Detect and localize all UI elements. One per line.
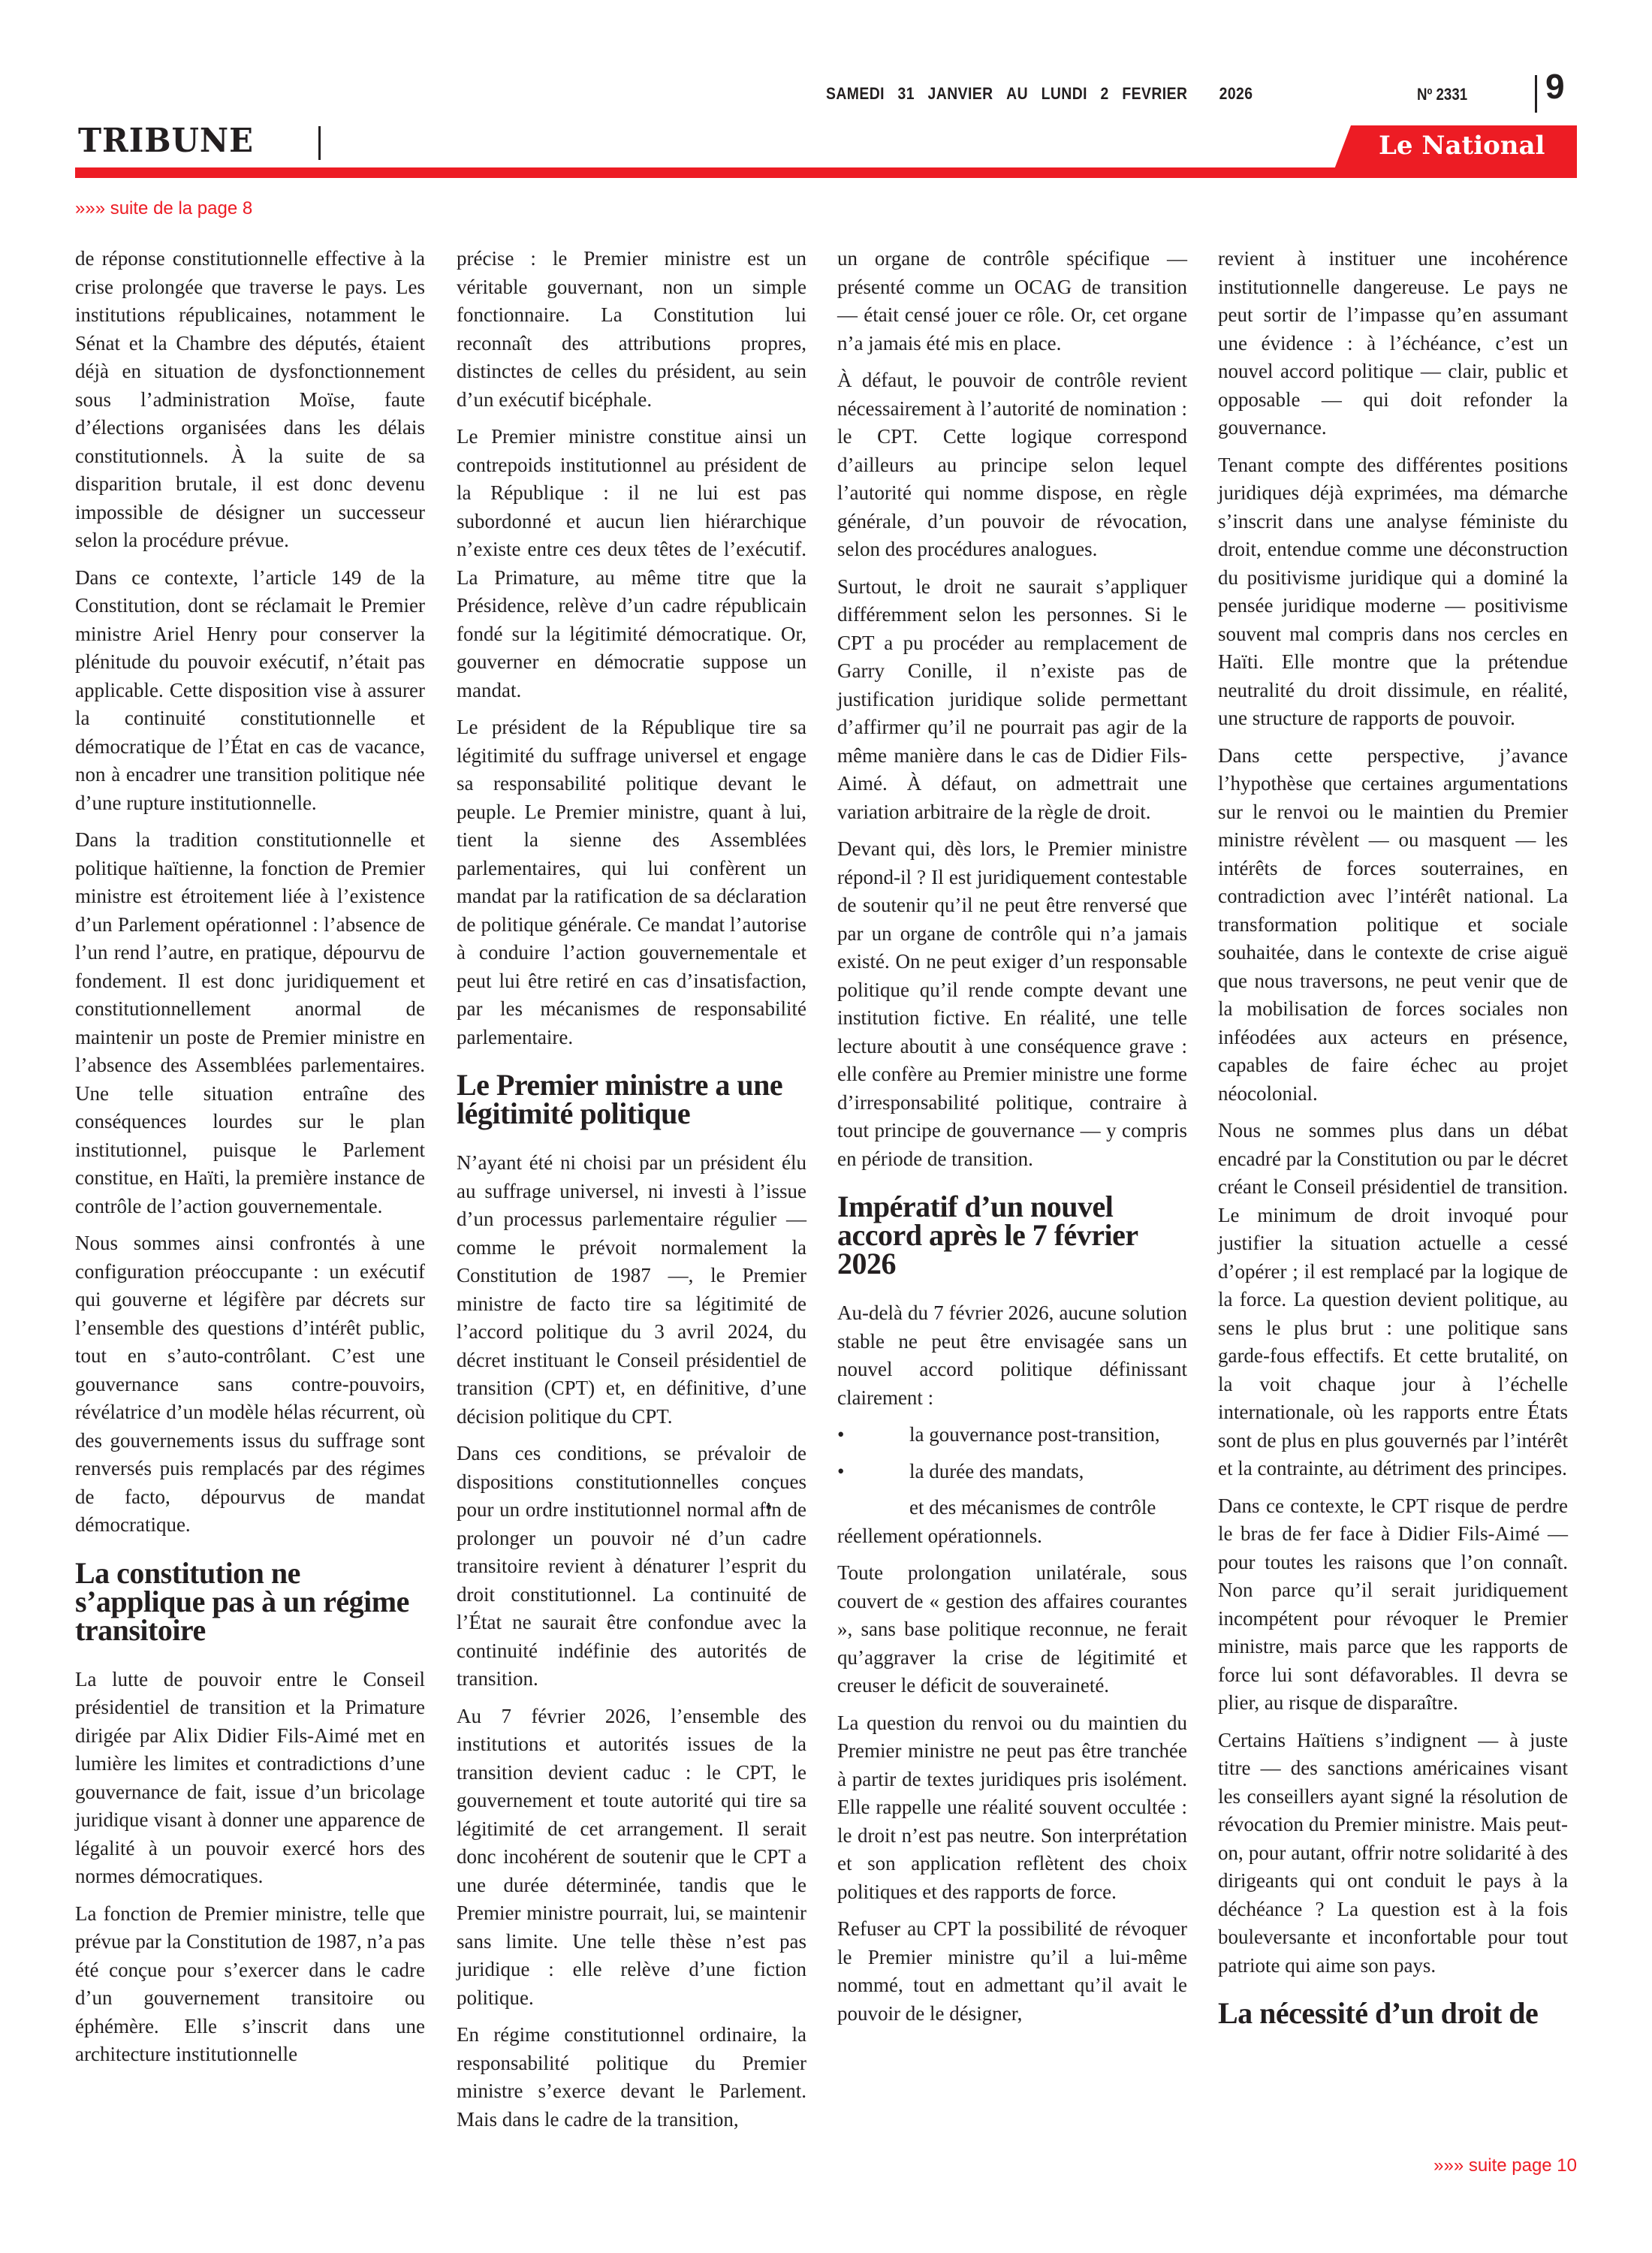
paragraph: Au 7 février 2026, l’ensemble des instit… (457, 1703, 806, 2013)
article-column-2: précise : le Premier ministre est un vér… (457, 245, 806, 2143)
paragraph: Certains Haïtiens s’indignent — à juste … (1218, 1727, 1568, 1980)
paragraph: Nous sommes ainsi confrontés à une confi… (75, 1229, 425, 1540)
page-number: 9 (1545, 69, 1565, 104)
paragraph: de réponse constitutionnelle effective à… (75, 245, 425, 555)
issue-date: SAMEDI31JANVIERAULUNDI2FEVRIER2026 (826, 84, 1266, 104)
paragraph: un organe de contrôle spécifique — prése… (837, 245, 1187, 357)
date-connector: AU (1006, 84, 1028, 103)
paragraph: La question du renvoi ou du maintien du … (837, 1709, 1187, 1907)
paragraph: Au-delà du 7 février 2026, aucune soluti… (837, 1299, 1187, 1412)
masthead-logo: Le National (1379, 131, 1545, 161)
paragraph: À défaut, le pouvoir de contrôle revient… (837, 366, 1187, 564)
bullet-item: et des mécanismes de contrôle réellement… (837, 1494, 1187, 1550)
article-column-1: de réponse constitutionnelle effective à… (75, 245, 425, 2078)
header-rule (75, 167, 1577, 178)
paragraph: Toute prolongation unilatérale, sous cou… (837, 1559, 1187, 1700)
date-day-end: 2 (1101, 84, 1109, 103)
subheading: Le Premier ministre a une légitimité pol… (457, 1071, 806, 1128)
date-month-start: JANVIER (928, 84, 993, 103)
section-divider (318, 126, 321, 160)
continued-on-link[interactable]: »»» suite page 10 (1433, 2155, 1577, 2176)
date-year: 2026 (1219, 84, 1253, 103)
bullet-item: la durée des mandats, (837, 1458, 1187, 1486)
paragraph: Dans ces conditions, se prévaloir de dis… (457, 1440, 806, 1694)
paragraph: Le Premier ministre constitue ainsi un c… (457, 423, 806, 704)
paragraph: Le président de la République tire sa lé… (457, 713, 806, 1051)
bullet-item: la gouvernance post-transition, (837, 1421, 1187, 1449)
paragraph: Nous ne sommes plus dans un débat encadr… (1218, 1117, 1568, 1483)
paragraph: revient à instituer une incohérence inst… (1218, 245, 1568, 442)
date-day-start: 31 (898, 84, 915, 103)
issue-number: Nº 2331 (1417, 85, 1467, 104)
paragraph: précise : le Premier ministre est un vér… (457, 245, 806, 414)
paragraph: N’ayant été ni choisi par un président é… (457, 1149, 806, 1431)
date-weekday-start: SAMEDI (826, 84, 885, 103)
paragraph: Tenant compte des différentes positions … (1218, 451, 1568, 733)
continued-from-link[interactable]: »»» suite de la page 8 (75, 198, 252, 219)
section-title: TRIBUNE (78, 122, 254, 160)
paragraph: Devant qui, dès lors, le Premier ministr… (837, 835, 1187, 1173)
date-weekday-end: LUNDI (1042, 84, 1087, 103)
paragraph: En régime constitutionnel ordinaire, la … (457, 2021, 806, 2134)
subheading: Impératif d’un nouvel accord après le 7 … (837, 1193, 1187, 1278)
paragraph: Refuser au CPT la possibilité de révoque… (837, 1915, 1187, 2028)
bullet-list: la gouvernance post-transition, la durée… (837, 1421, 1187, 1550)
article-column-4: revient à instituer une incohérence inst… (1218, 245, 1568, 2049)
paragraph: La fonction de Premier ministre, telle q… (75, 1900, 425, 2069)
paragraph: La lutte de pouvoir entre le Conseil pré… (75, 1666, 425, 1891)
paragraph: Dans ce contexte, l’article 149 de la Co… (75, 564, 425, 818)
article-column-3: un organe de contrôle spécifique — prése… (837, 245, 1187, 2037)
paragraph: Dans ce contexte, le CPT risque de perdr… (1218, 1492, 1568, 1718)
date-month-end: FEVRIER (1122, 84, 1187, 103)
paragraph: Surtout, le droit ne saurait s’appliquer… (837, 573, 1187, 827)
subheading: La nécessité d’un droit de (1218, 1999, 1568, 2028)
paragraph: Dans la tradition constitutionnelle et p… (75, 826, 425, 1220)
subheading: La constitution ne s’applique pas à un r… (75, 1559, 425, 1645)
paragraph: Dans cette perspective, j’avance l’hypot… (1218, 742, 1568, 1108)
page-number-divider (1535, 75, 1537, 113)
